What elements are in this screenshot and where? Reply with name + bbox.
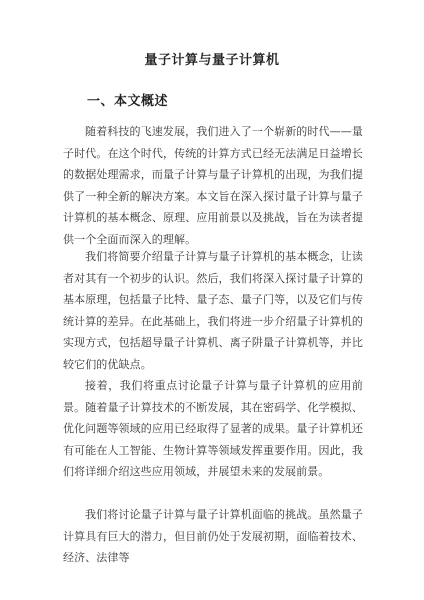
paragraph-text: 我们将简要介绍量子计算与量子计算机的基本概念，让读者对其有一个初步的认识。然后，…: [63, 246, 363, 375]
paragraph-challenges: 我们将讨论量子计算与量子计算机面临的挑战。虽然量子计算具有巨大的潜力，但目前仍处…: [63, 504, 363, 569]
paragraph-text: 我们将讨论量子计算与量子计算机面临的挑战。虽然量子计算具有巨大的潜力，但目前仍处…: [63, 504, 363, 569]
document-title: 量子计算与量子计算机: [0, 49, 424, 68]
paragraph-text: 接着，我们将重点讨论量子计算与量子计算机的应用前景。随着量子计算技术的不断发展，…: [63, 375, 363, 483]
document-page: 量子计算与量子计算机 一、本文概述 随着科技的飞速发展，我们进入了一个崭新的时代…: [0, 0, 424, 600]
paragraph-text: 随着科技的飞速发展，我们进入了一个崭新的时代——量子时代。在这个时代，传统的计算…: [63, 121, 363, 250]
paragraph-overview: 随着科技的飞速发展，我们进入了一个崭新的时代——量子时代。在这个时代，传统的计算…: [63, 121, 363, 250]
paragraph-applications: 接着，我们将重点讨论量子计算与量子计算机的应用前景。随着量子计算技术的不断发展，…: [63, 375, 363, 483]
paragraph-concepts: 我们将简要介绍量子计算与量子计算机的基本概念，让读者对其有一个初步的认识。然后，…: [63, 246, 363, 375]
section-heading: 一、本文概述: [87, 90, 168, 109]
